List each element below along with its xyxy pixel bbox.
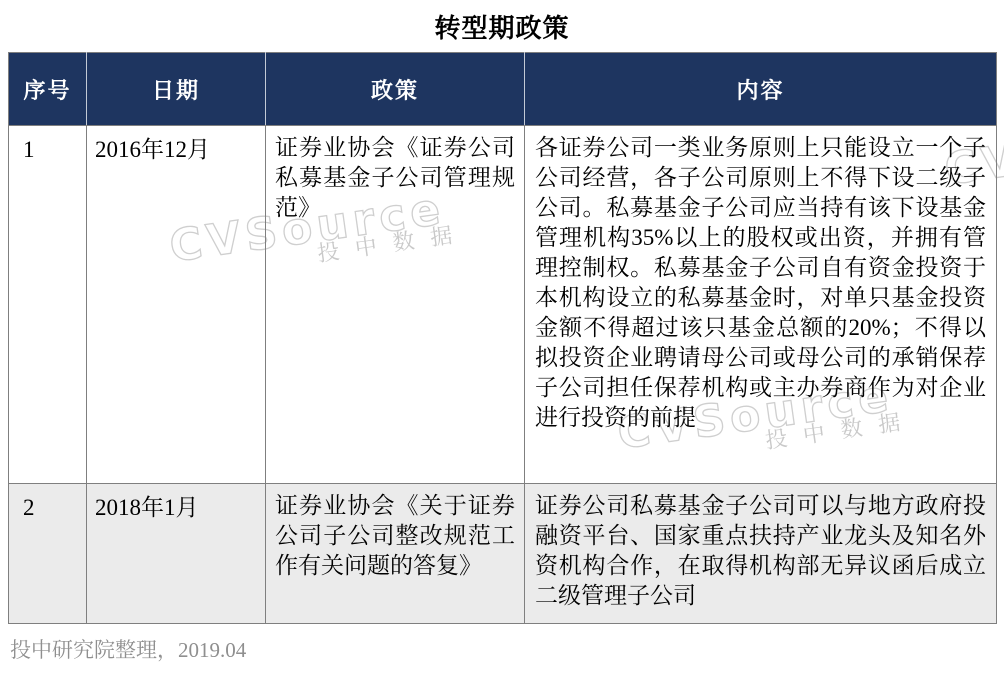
cell-policy: 证券业协会《关于证券公司子公司整改规范工作有关问题的答复》 [266,484,525,624]
header-cell-policy: 政策 [266,53,525,126]
cell-no: 2 [9,484,87,624]
header-cell-no: 序号 [9,53,87,126]
cell-content: 各证券公司一类业务原则上只能设立一个子公司经营，各子公司原则上不得下设二级子公司… [525,126,997,484]
cell-date: 2016年12月 [87,126,266,484]
header-row: 序号 日期 政策 内容 [9,53,997,126]
table-row: 2 2018年1月 证券业协会《关于证券公司子公司整改规范工作有关问题的答复》 … [9,484,997,624]
header-cell-date: 日期 [87,53,266,126]
source-note: 投中研究院整理，2019.04 [10,634,246,664]
table-row: 1 2016年12月 证券业协会《证券公司私募基金子公司管理规范》 各证券公司一… [9,126,997,484]
header-cell-content: 内容 [525,53,997,126]
cell-content: 证券公司私募基金子公司可以与地方政府投融资平台、国家重点扶持产业龙头及知名外资机… [525,484,997,624]
page-title: 转型期政策 [0,8,1004,45]
cell-no: 1 [9,126,87,484]
cell-policy: 证券业协会《证券公司私募基金子公司管理规范》 [266,126,525,484]
policy-table: 序号 日期 政策 内容 1 2016年12月 证券业协会《证券公司私募基金子公司… [8,52,997,624]
cell-date: 2018年1月 [87,484,266,624]
